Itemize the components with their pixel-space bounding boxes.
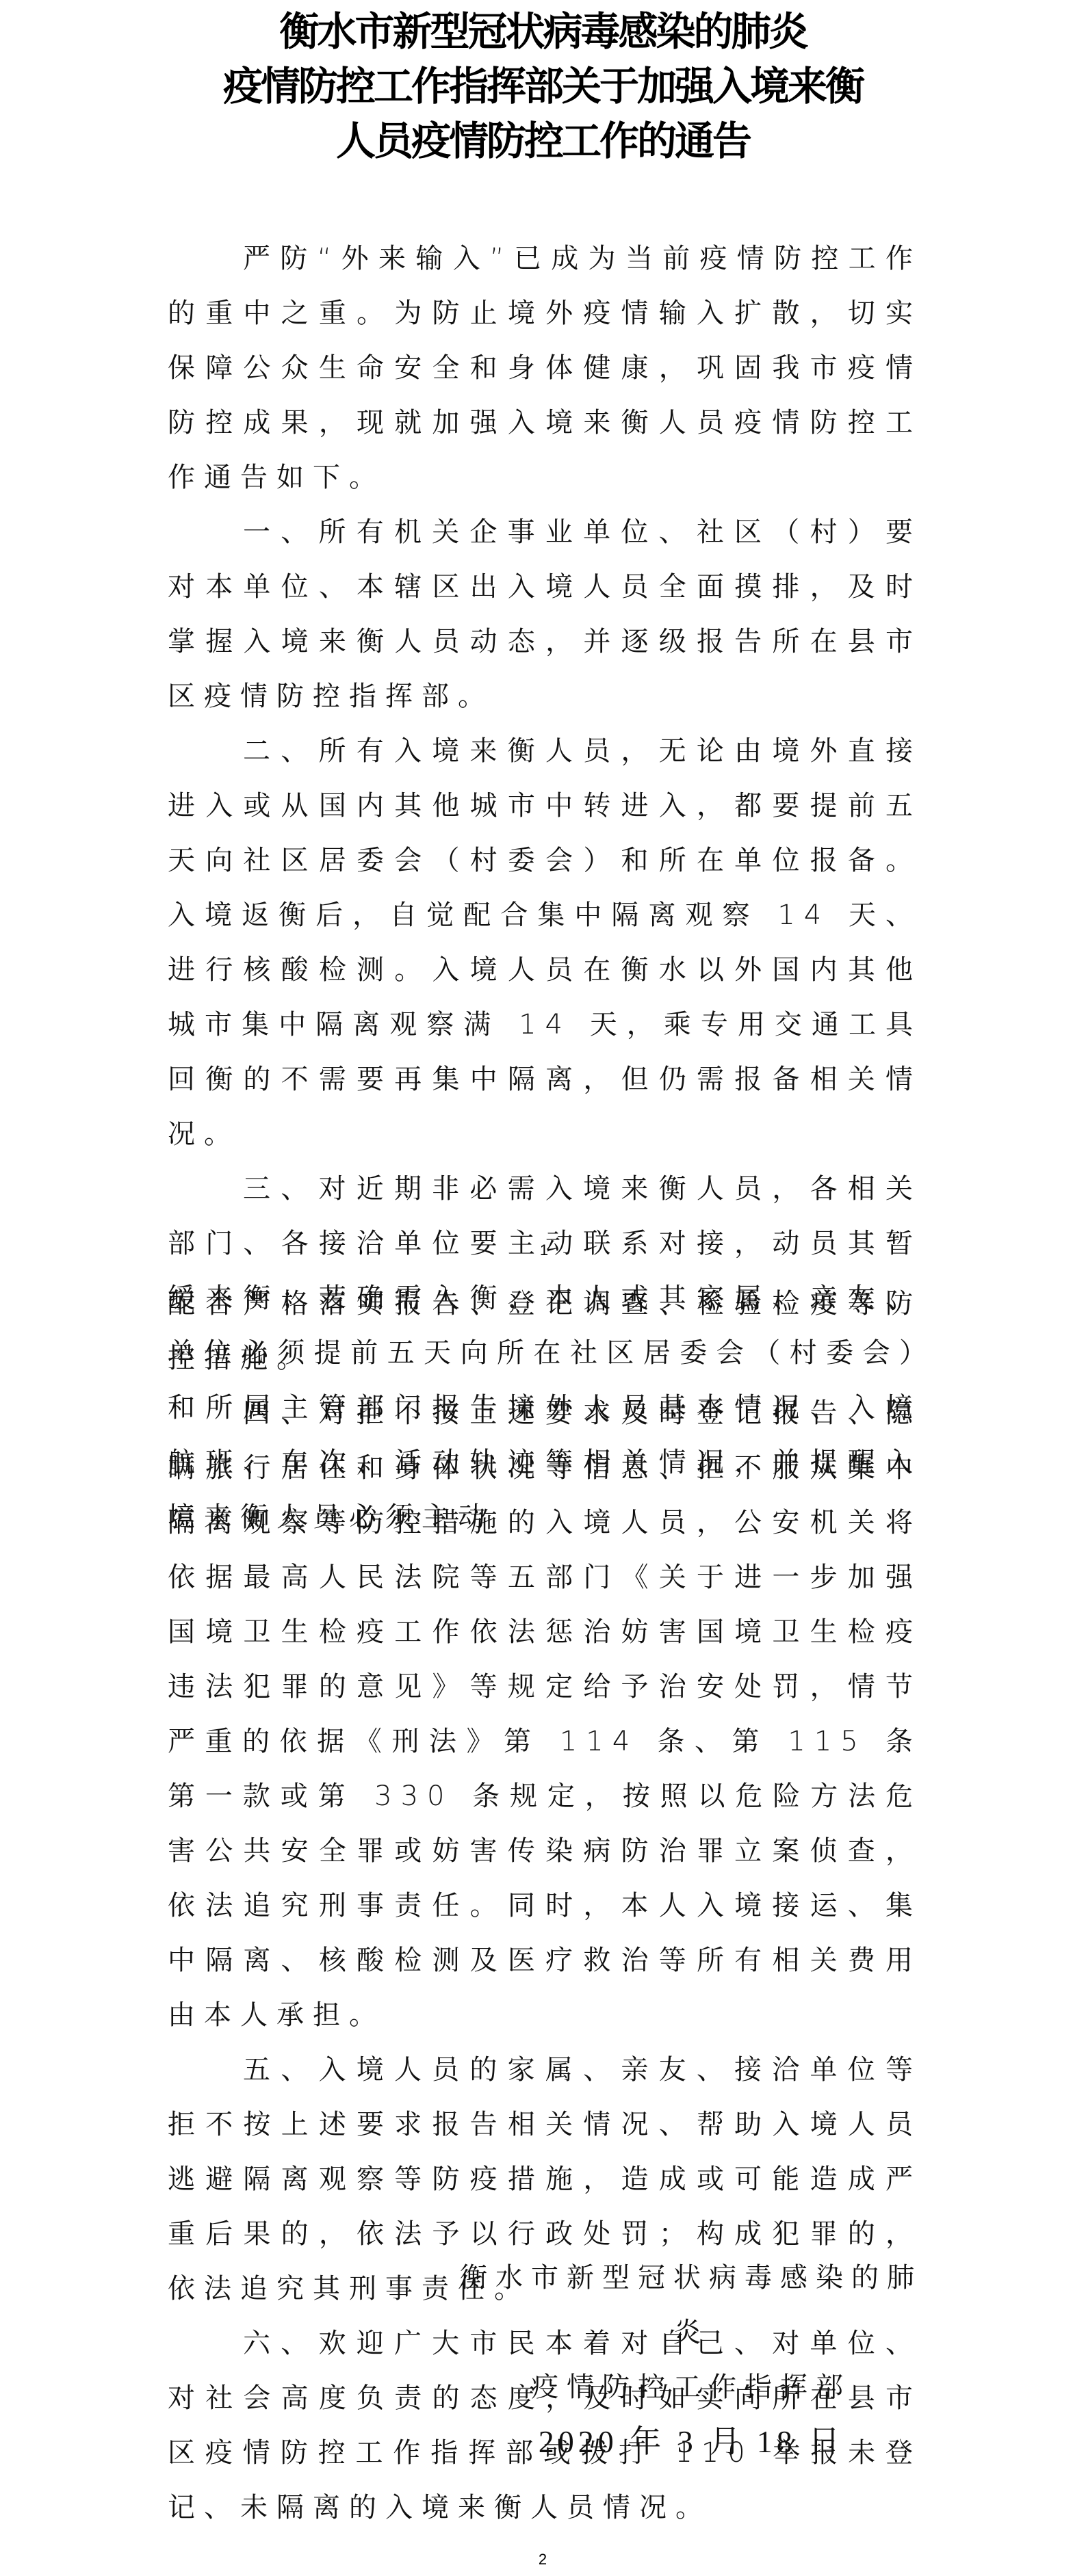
item-3-continuation: 配合严格落实报告、登记调查、检验检疫等防控措施。 xyxy=(168,1276,922,1386)
item-4-paragraph: 四、对拒不按上述要求及时登记报告、隐瞒旅行居住和身体状况等信息、拒不服从集中隔离… xyxy=(168,1386,922,2042)
title-line-3: 人员疫情防控工作的通告 xyxy=(0,114,1086,168)
intro-paragraph: 严防“外来输入”已成为当前疫情防控工作的重中之重。为防止境外疫情输入扩散，切实保… xyxy=(168,231,922,505)
page-1-body: 严防“外来输入”已成为当前疫情防控工作的重中之重。为防止境外疫情输入扩散，切实保… xyxy=(168,231,922,1216)
title-line-1: 衡水市新型冠状病毒感染的肺炎 xyxy=(0,4,1086,59)
page-number-1: 1 xyxy=(530,1241,558,1259)
signature-org-line-2: 疫情防控工作指挥部 xyxy=(452,2360,931,2415)
signature-org-line-1: 衡水市新型冠状病毒感染的肺炎 xyxy=(452,2250,931,2360)
document-title: 衡水市新型冠状病毒感染的肺炎 疫情防控工作指挥部关于加强入境来衡 人员疫情防控工… xyxy=(0,0,1086,168)
item-2-paragraph: 二、所有入境来衡人员，无论由境外直接进入或从国内其他城市中转进入，都要提前五天向… xyxy=(168,724,922,1161)
page-number-2: 2 xyxy=(529,2551,556,2568)
signature-block: 衡水市新型冠状病毒感染的肺炎 疫情防控工作指挥部 2020 年 3 月 18 日 xyxy=(452,2250,931,2469)
title-line-2: 疫情防控工作指挥部关于加强入境来衡 xyxy=(0,59,1086,114)
item-1-paragraph: 一、所有机关企事业单位、社区（村）要对本单位、本辖区出入境人员全面摸排，及时掌握… xyxy=(168,505,922,724)
signature-date: 2020 年 3 月 18 日 xyxy=(452,2415,931,2469)
